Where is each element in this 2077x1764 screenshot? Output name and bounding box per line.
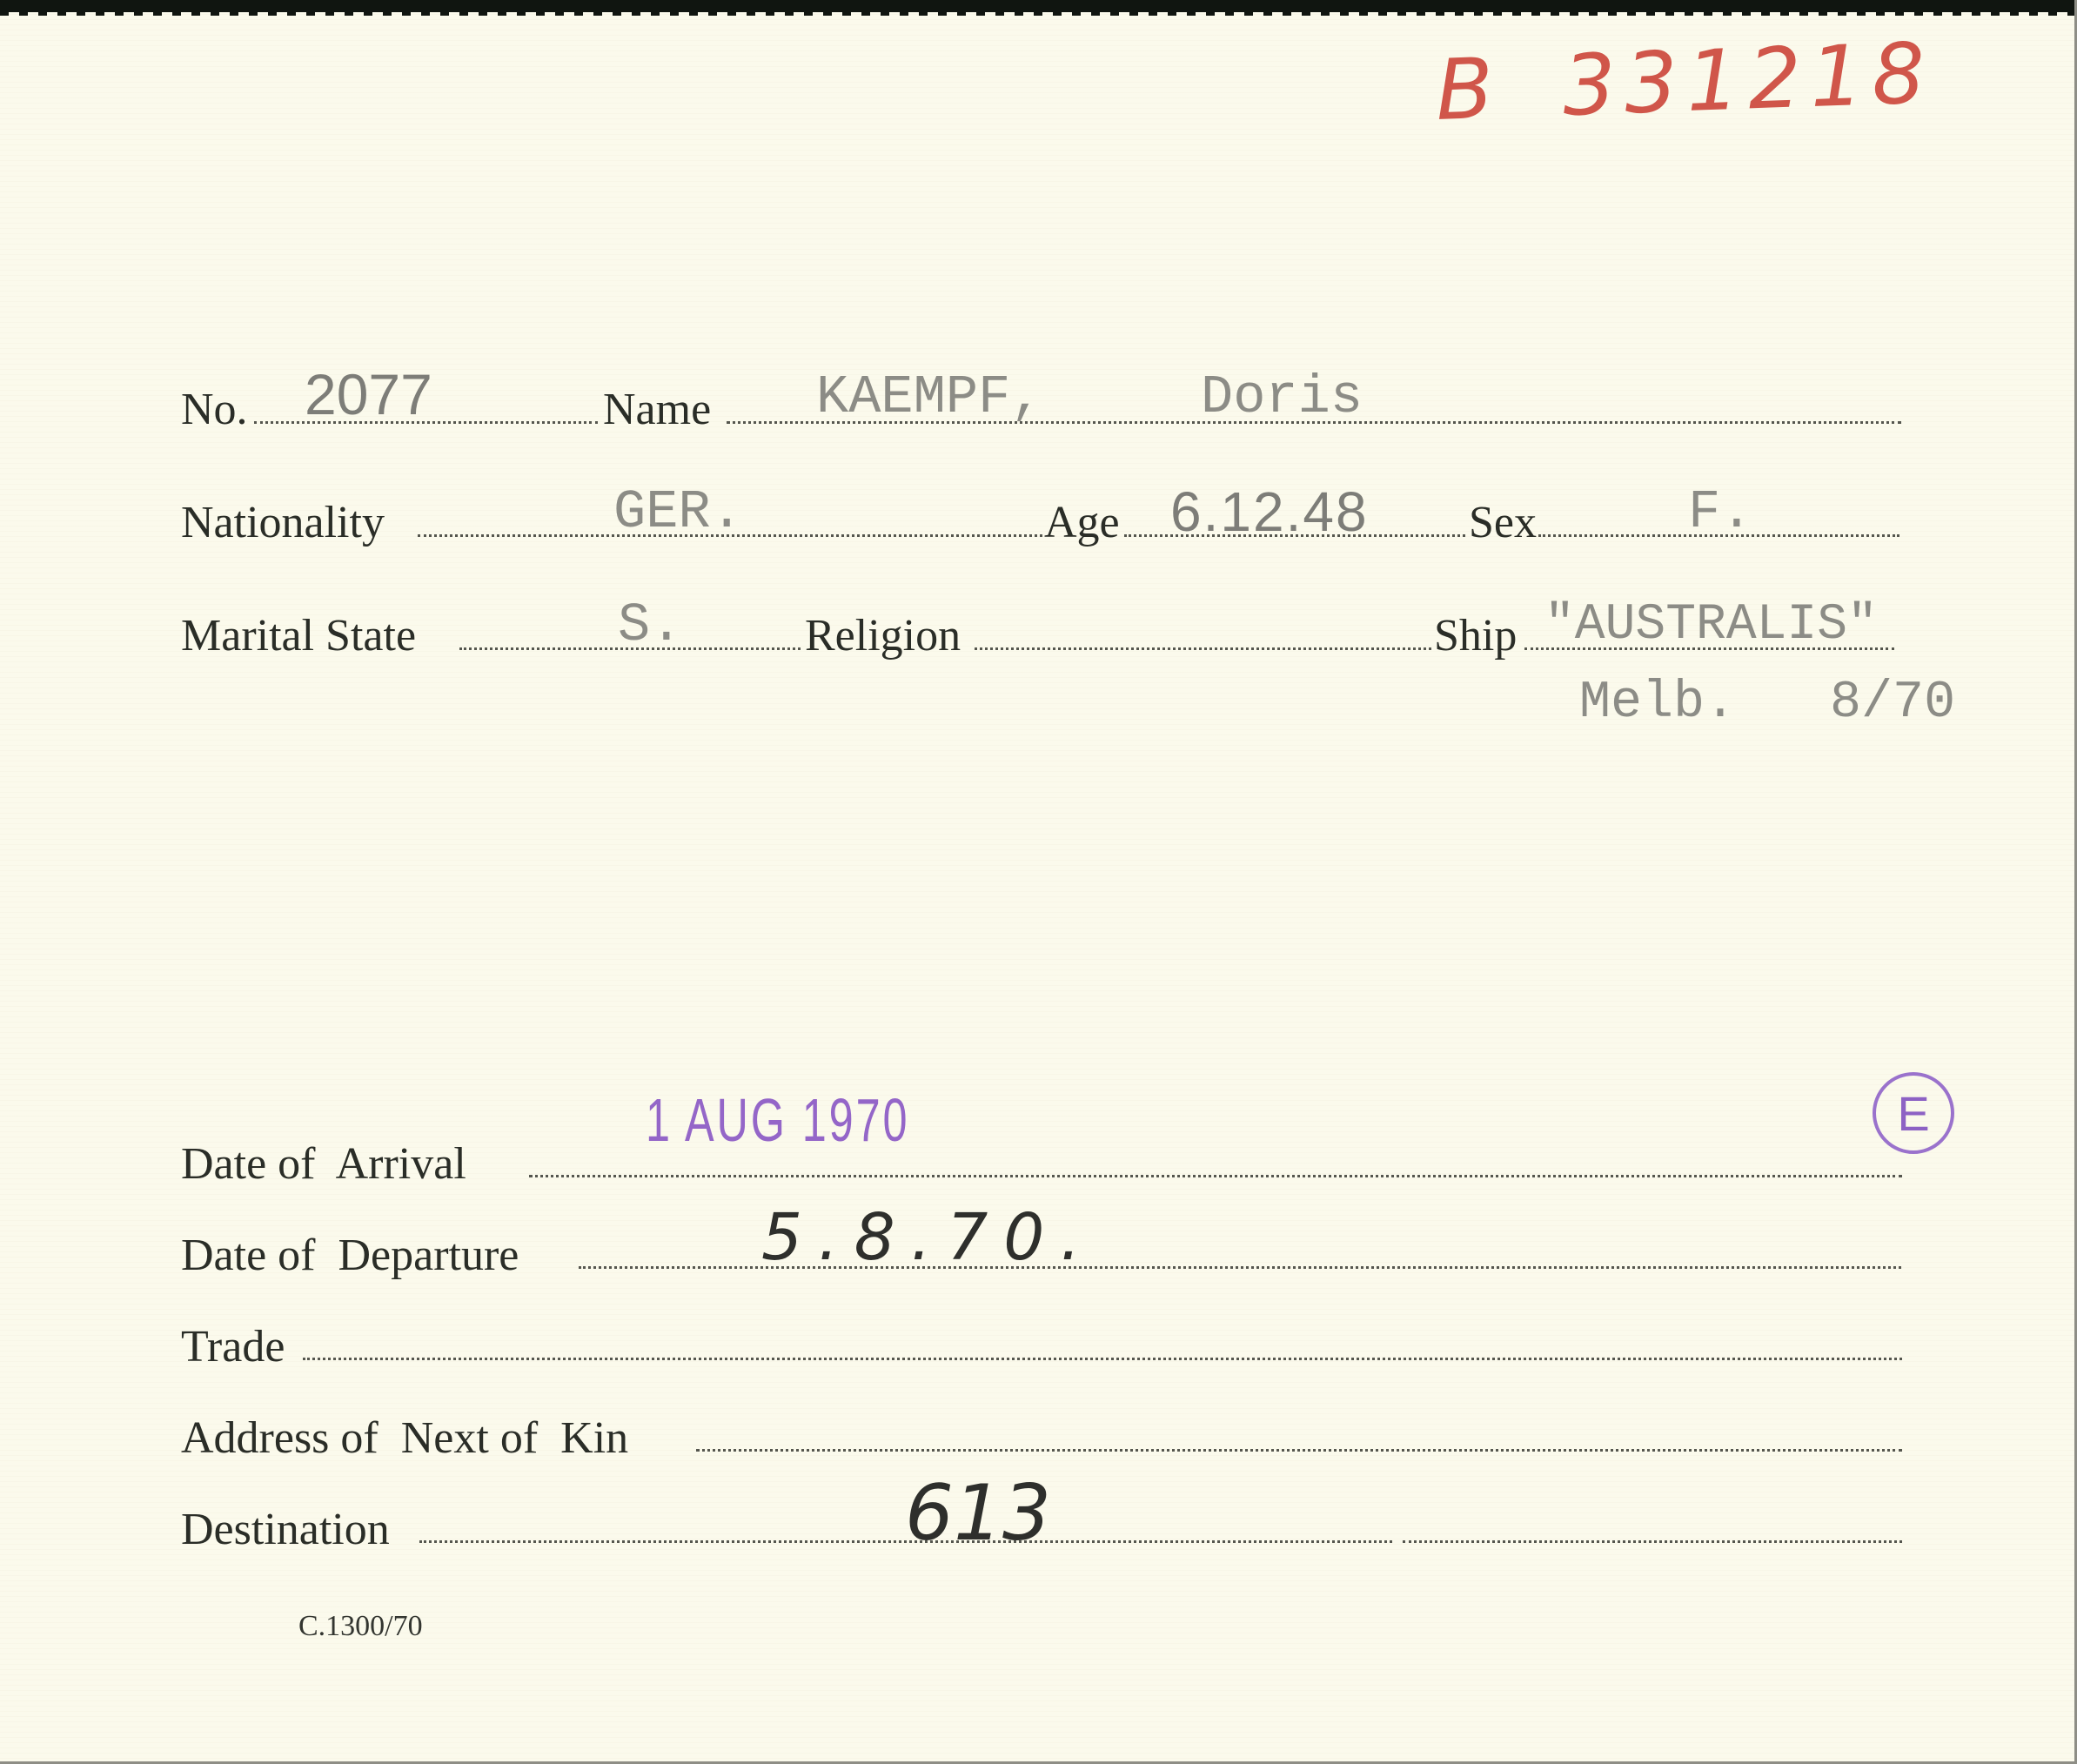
destination-dotted-line-continued [1403,1540,1902,1543]
form-code: C.1300/70 [298,1610,423,1643]
age-label: Age [1044,500,1120,546]
circle-stamp-letter: E [1897,1085,1929,1142]
trade-label: Trade [181,1325,285,1370]
no-label: No. [181,387,248,433]
nationality-label: Nationality [181,500,385,546]
age-value: 6.12.48 [1170,484,1369,540]
reference-value: 331218 [1561,24,1935,135]
nationality-value: GER. [613,486,743,540]
religion-label: Religion [805,614,961,659]
trade-dotted-line [303,1358,1902,1360]
address-next-of-kin-label: Address of Next of Kin [181,1416,628,1461]
reference-prefix: B [1434,39,1504,139]
name-surname-value: KAEMPF, [816,371,1042,425]
reference-number: B331218 [1434,24,1935,139]
marital-state-label: Marital State [181,614,416,659]
sex-value: F. [1688,486,1752,540]
date-of-arrival-dotted-line [529,1175,1902,1177]
card-top-edge-teeth [0,9,2077,16]
destination-value: 613 [905,1475,1051,1552]
ship-arrival-note: Melb. 8/70 [1579,677,1955,729]
arrival-date-stamp: 1 AUG 1970 [646,1090,909,1150]
date-of-departure-label: Date of Departure [181,1233,519,1278]
name-given-value: Doris [1201,371,1363,425]
no-value: 2077 [305,366,432,423]
name-label: Name [603,387,711,433]
religion-dotted-line [975,647,1431,650]
ship-label: Ship [1434,614,1517,659]
date-of-departure-value: 5.8.70. [761,1205,1096,1270]
destination-label: Destination [181,1507,390,1553]
sex-label: Sex [1469,500,1537,546]
date-of-arrival-label: Date of Arrival [181,1142,466,1187]
circled-e-stamp-icon: E [1873,1072,1954,1154]
ship-value: "AUSTRALIS" [1544,600,1878,651]
address-next-of-kin-dotted-line [696,1449,1902,1452]
marital-state-value: S. [618,599,682,653]
record-card: B331218 No. 2077 Name KAEMPF, Doris Nati… [0,0,2077,1764]
